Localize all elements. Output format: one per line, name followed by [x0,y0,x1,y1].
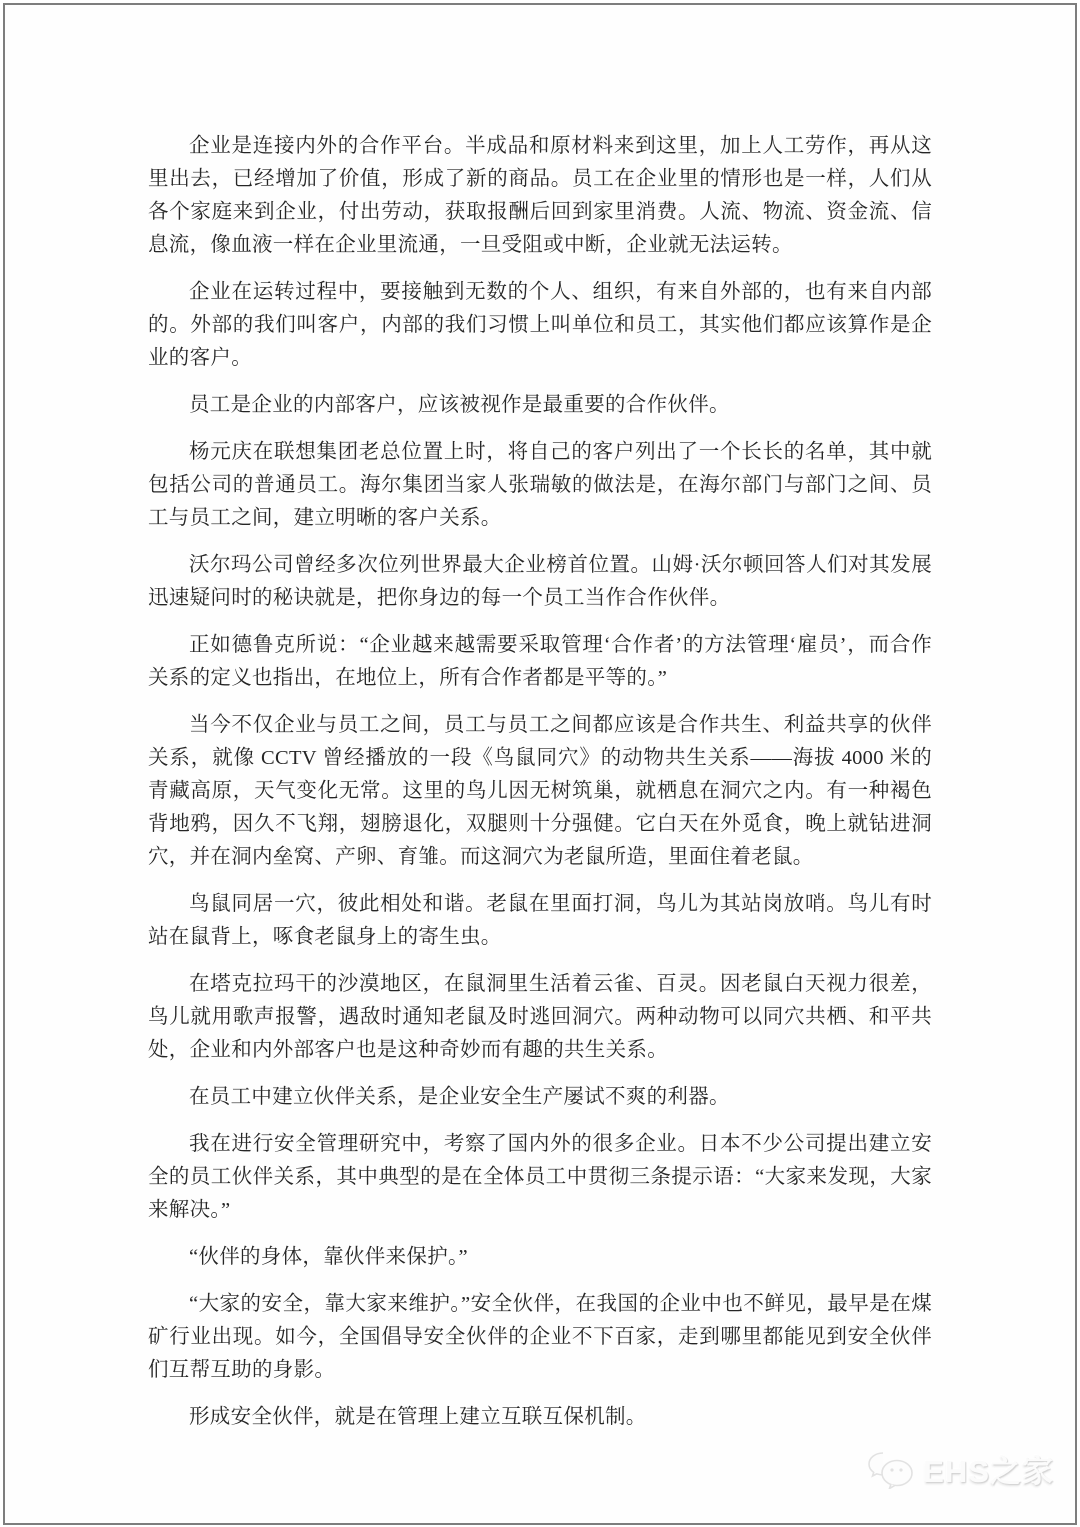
paragraph: 杨元庆在联想集团老总位置上时，将自己的客户列出了一个长长的名单，其中就包括公司的… [148,436,932,535]
paragraph: 在塔克拉玛干的沙漠地区，在鼠洞里生活着云雀、百灵。因老鼠白天视力很差，鸟儿就用歌… [148,968,932,1067]
paragraph: 正如德鲁克所说：“企业越来越需要采取管理‘合作者’的方法管理‘雇员’，而合作关系… [148,629,932,695]
paragraph: “大家的安全，靠大家来维护。”安全伙伴，在我国的企业中也不鲜见，最早是在煤矿行业… [148,1288,932,1387]
watermark: EHS之家 [867,1446,1054,1491]
paragraph: 沃尔玛公司曾经多次位列世界最大企业榜首位置。山姆·沃尔顿回答人们对其发展迅速疑问… [148,549,932,615]
paragraph: “伙伴的身体，靠伙伴来保护。” [148,1241,932,1274]
paragraph: 当今不仅企业与员工之间，员工与员工之间都应该是合作共生、利益共享的伙伴关系，就像… [148,709,932,874]
paragraph: 企业在运转过程中，要接触到无数的个人、组织，有来自外部的，也有来自内部的。外部的… [148,276,932,375]
paragraph: 在员工中建立伙伴关系，是企业安全生产屡试不爽的利器。 [148,1081,932,1114]
wechat-icon [867,1449,915,1489]
paragraph: 鸟鼠同居一穴，彼此相处和谐。老鼠在里面打洞，鸟儿为其站岗放哨。鸟儿有时站在鼠背上… [148,888,932,954]
watermark-label: EHS之家 [923,1446,1054,1491]
paragraph: 企业是连接内外的合作平台。半成品和原材料来到这里，加上人工劳作，再从这里出去，已… [148,130,932,262]
document-content: 企业是连接内外的合作平台。半成品和原材料来到这里，加上人工劳作，再从这里出去，已… [148,130,932,1448]
paragraph: 形成安全伙伴，就是在管理上建立互联互保机制。 [148,1401,932,1434]
paragraph: 员工是企业的内部客户，应该被视作是最重要的合作伙伴。 [148,389,932,422]
paragraph: 我在进行安全管理研究中，考察了国内外的很多企业。日本不少公司提出建立安全的员工伙… [148,1128,932,1227]
